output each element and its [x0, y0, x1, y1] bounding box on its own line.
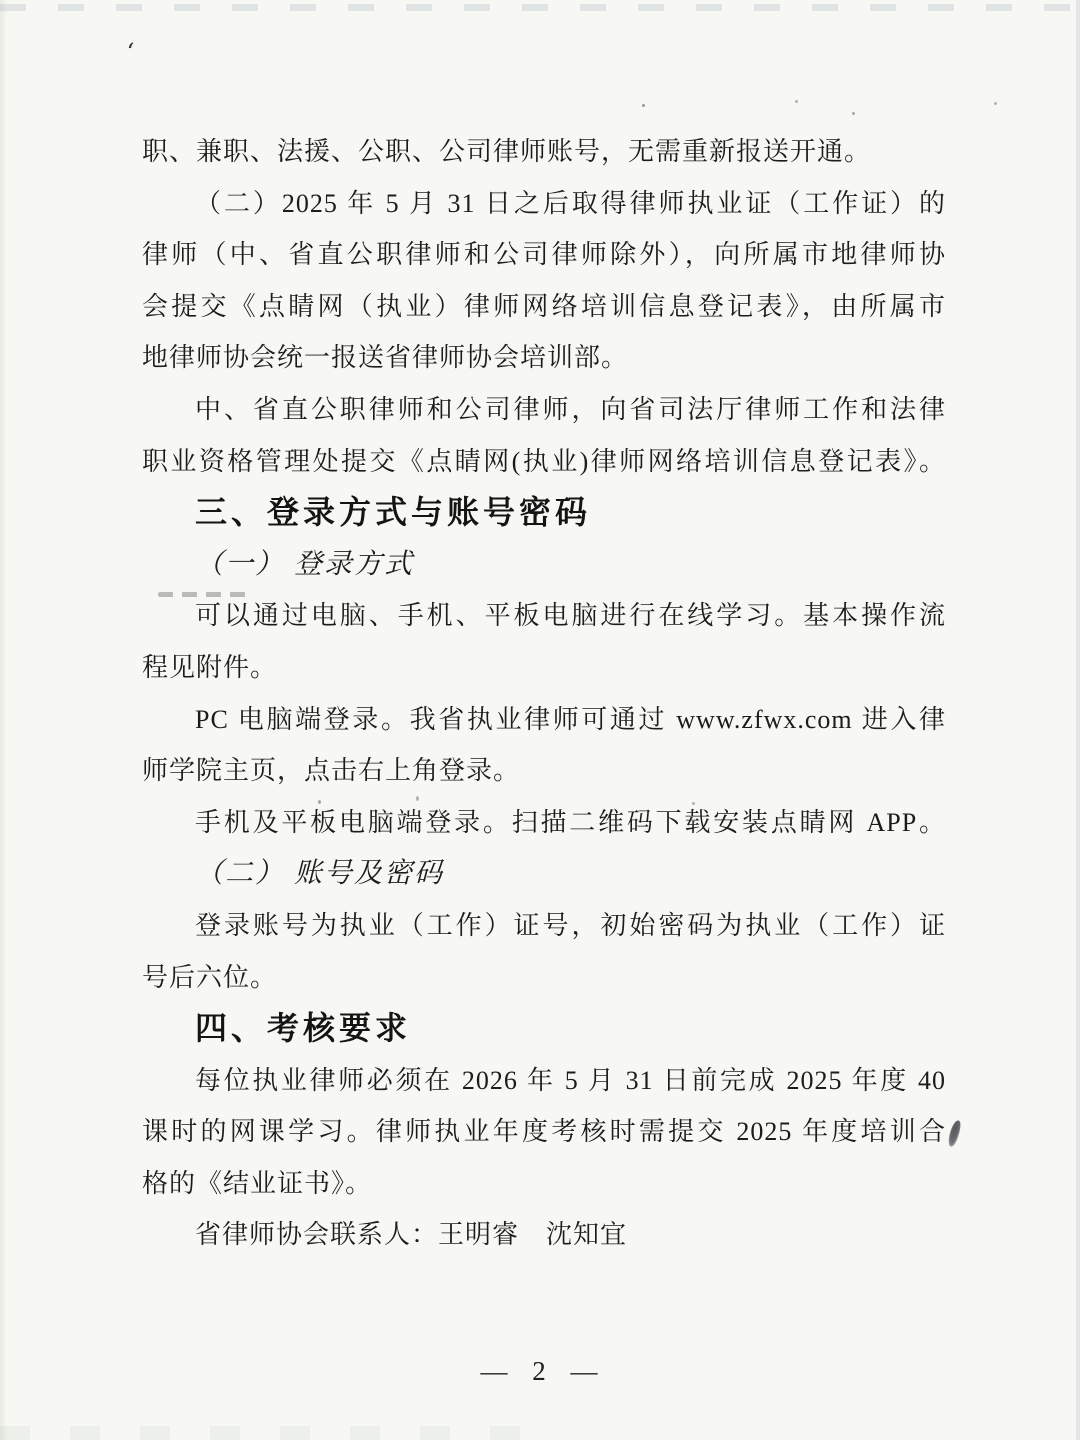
- doc-line: 地律师协会统一报送省律师协会培训部。: [142, 332, 946, 384]
- scan-edge-top-noise: [0, 4, 1080, 11]
- doc-line: 登录账号为执业（工作）证号，初始密码为执业（工作）证: [142, 900, 946, 952]
- scan-edge-bottom-noise: [0, 1426, 520, 1440]
- scan-edge-right-tint: [1076, 0, 1080, 1440]
- section-heading-assessment: 四、考核要求: [142, 1003, 946, 1055]
- doc-line: 中、省直公职律师和公司律师，向省司法厅律师工作和法律: [142, 384, 946, 436]
- doc-line: 师学院主页，点击右上角登录。: [142, 745, 946, 797]
- subsection-heading-login-method: （一） 登录方式: [142, 539, 946, 591]
- speckle-dot: [642, 104, 645, 107]
- doc-line-continuation: 职、兼职、法援、公职、公司律师账号，无需重新报送开通。: [142, 126, 946, 178]
- scan-edge-left-tint: [0, 0, 7, 1440]
- scan-mark-artifact: ʻ: [125, 38, 136, 67]
- doc-line: 律师（中、省直公职律师和公司律师除外），向所属市地律师协: [142, 229, 946, 281]
- doc-line: 每位执业律师必须在 2026 年 5 月 31 日前完成 2025 年度 40: [142, 1055, 946, 1107]
- speckle-dot: [795, 100, 798, 103]
- doc-line: 号后六位。: [142, 952, 946, 1004]
- doc-line: 可以通过电脑、手机、平板电脑进行在线学习。基本操作流: [142, 590, 946, 642]
- subsection-heading-account-password: （二） 账号及密码: [142, 848, 946, 900]
- speckle-dot: [852, 112, 855, 115]
- ink-blot-artifact: [947, 1119, 962, 1147]
- doc-line-mobile-login: 手机及平板电脑端登录。扫描二维码下载安装点睛网 APP。: [142, 797, 946, 849]
- doc-line: 格的《结业证书》。: [142, 1158, 946, 1210]
- document-body: 职、兼职、法援、公职、公司律师账号，无需重新报送开通。 （二）2025 年 5 …: [142, 126, 946, 1261]
- section-heading-login-methods: 三、登录方式与账号密码: [142, 487, 946, 539]
- contact-persons-line: 省律师协会联系人：王明睿 沈知宜: [142, 1209, 946, 1261]
- page-number: — 2 —: [0, 1356, 1080, 1387]
- doc-line: 课时的网课学习。律师执业年度考核时需提交 2025 年度培训合: [142, 1106, 946, 1158]
- doc-line: 程见附件。: [142, 642, 946, 694]
- doc-line-pc-login: PC 电脑端登录。我省执业律师可通过 www.zfwx.com 进入律: [142, 694, 946, 746]
- speckle-dot: [994, 102, 997, 105]
- doc-line: 职业资格管理处提交《点睛网(执业)律师网络培训信息登记表》。: [142, 436, 946, 488]
- doc-line: 会提交《点睛网（执业）律师网络培训信息登记表》，由所属市: [142, 281, 946, 333]
- doc-line-item-2-start: （二）2025 年 5 月 31 日之后取得律师执业证（工作证）的: [142, 178, 946, 230]
- scanned-document-page: ʻ 职、兼职、法援、公职、公司律师账号，无需重新报送开通。 （二）2025 年 …: [0, 0, 1080, 1440]
